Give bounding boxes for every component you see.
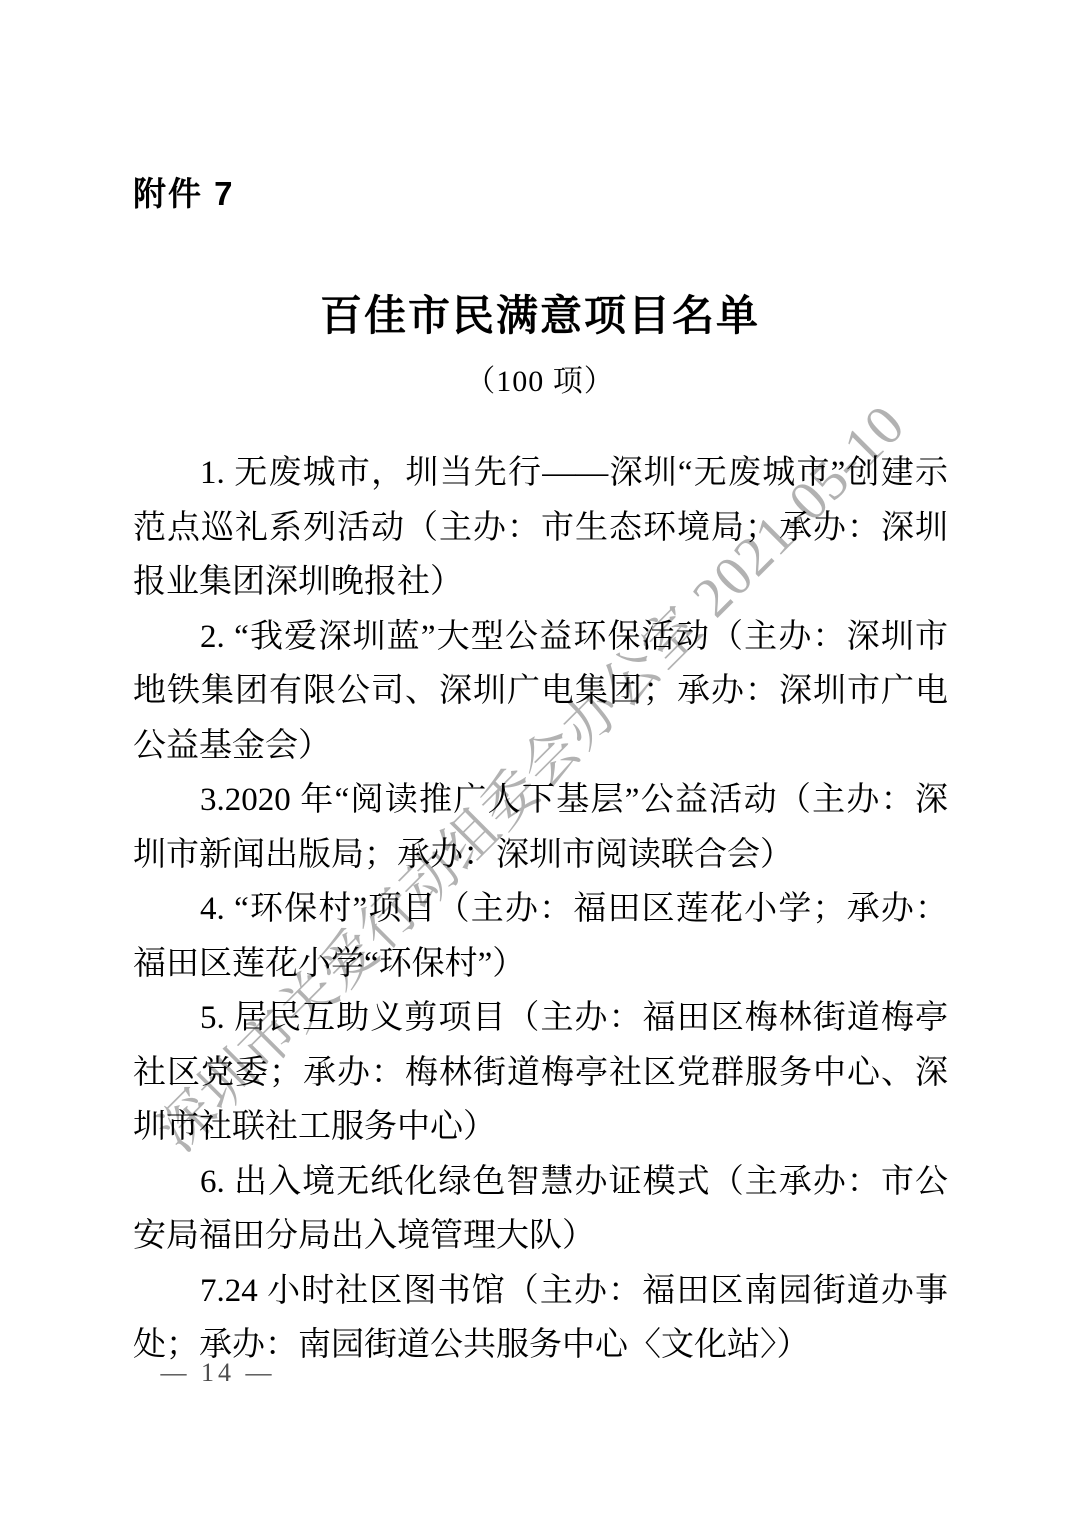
page-number: — 14 — [133,1358,303,1388]
list-item: 2. “我爱深圳蓝”大型公益环保活动（主办：深圳市地铁集团有限公司、深圳广电集团… [133,610,948,774]
list-item: 7.24 小时社区图书馆（主办：福田区南园街道办事处；承办：南园街道公共服务中心… [133,1264,948,1373]
list-item: 5. 居民互助义剪项目（主办：福田区梅林街道梅亭社区党委；承办：梅林街道梅亭社区… [133,991,948,1155]
page-title: 百佳市民满意项目名单 [0,283,1080,343]
list-item: 1. 无废城市，圳当先行——深圳“无废城市”创建示范点巡礼系列活动（主办：市生态… [133,446,948,610]
page-subtitle: （100 项） [0,356,1080,400]
project-list: 1. 无废城市，圳当先行——深圳“无废城市”创建示范点巡礼系列活动（主办：市生态… [133,446,948,1373]
document-page: 深圳市关爱行动组委会办公室 2021-05-10 附件 7 百佳市民满意项目名单… [0,0,1080,1527]
list-item: 3.2020 年“阅读推广人下基层”公益活动（主办：深圳市新闻出版局；承办：深圳… [133,773,948,882]
list-item: 4. “环保村”项目（主办：福田区莲花小学；承办：福田区莲花小学“环保村”） [133,882,948,991]
list-item: 6. 出入境无纸化绿色智慧办证模式（主承办：市公安局福田分局出入境管理大队） [133,1155,948,1264]
attachment-label: 附件 7 [133,168,235,215]
